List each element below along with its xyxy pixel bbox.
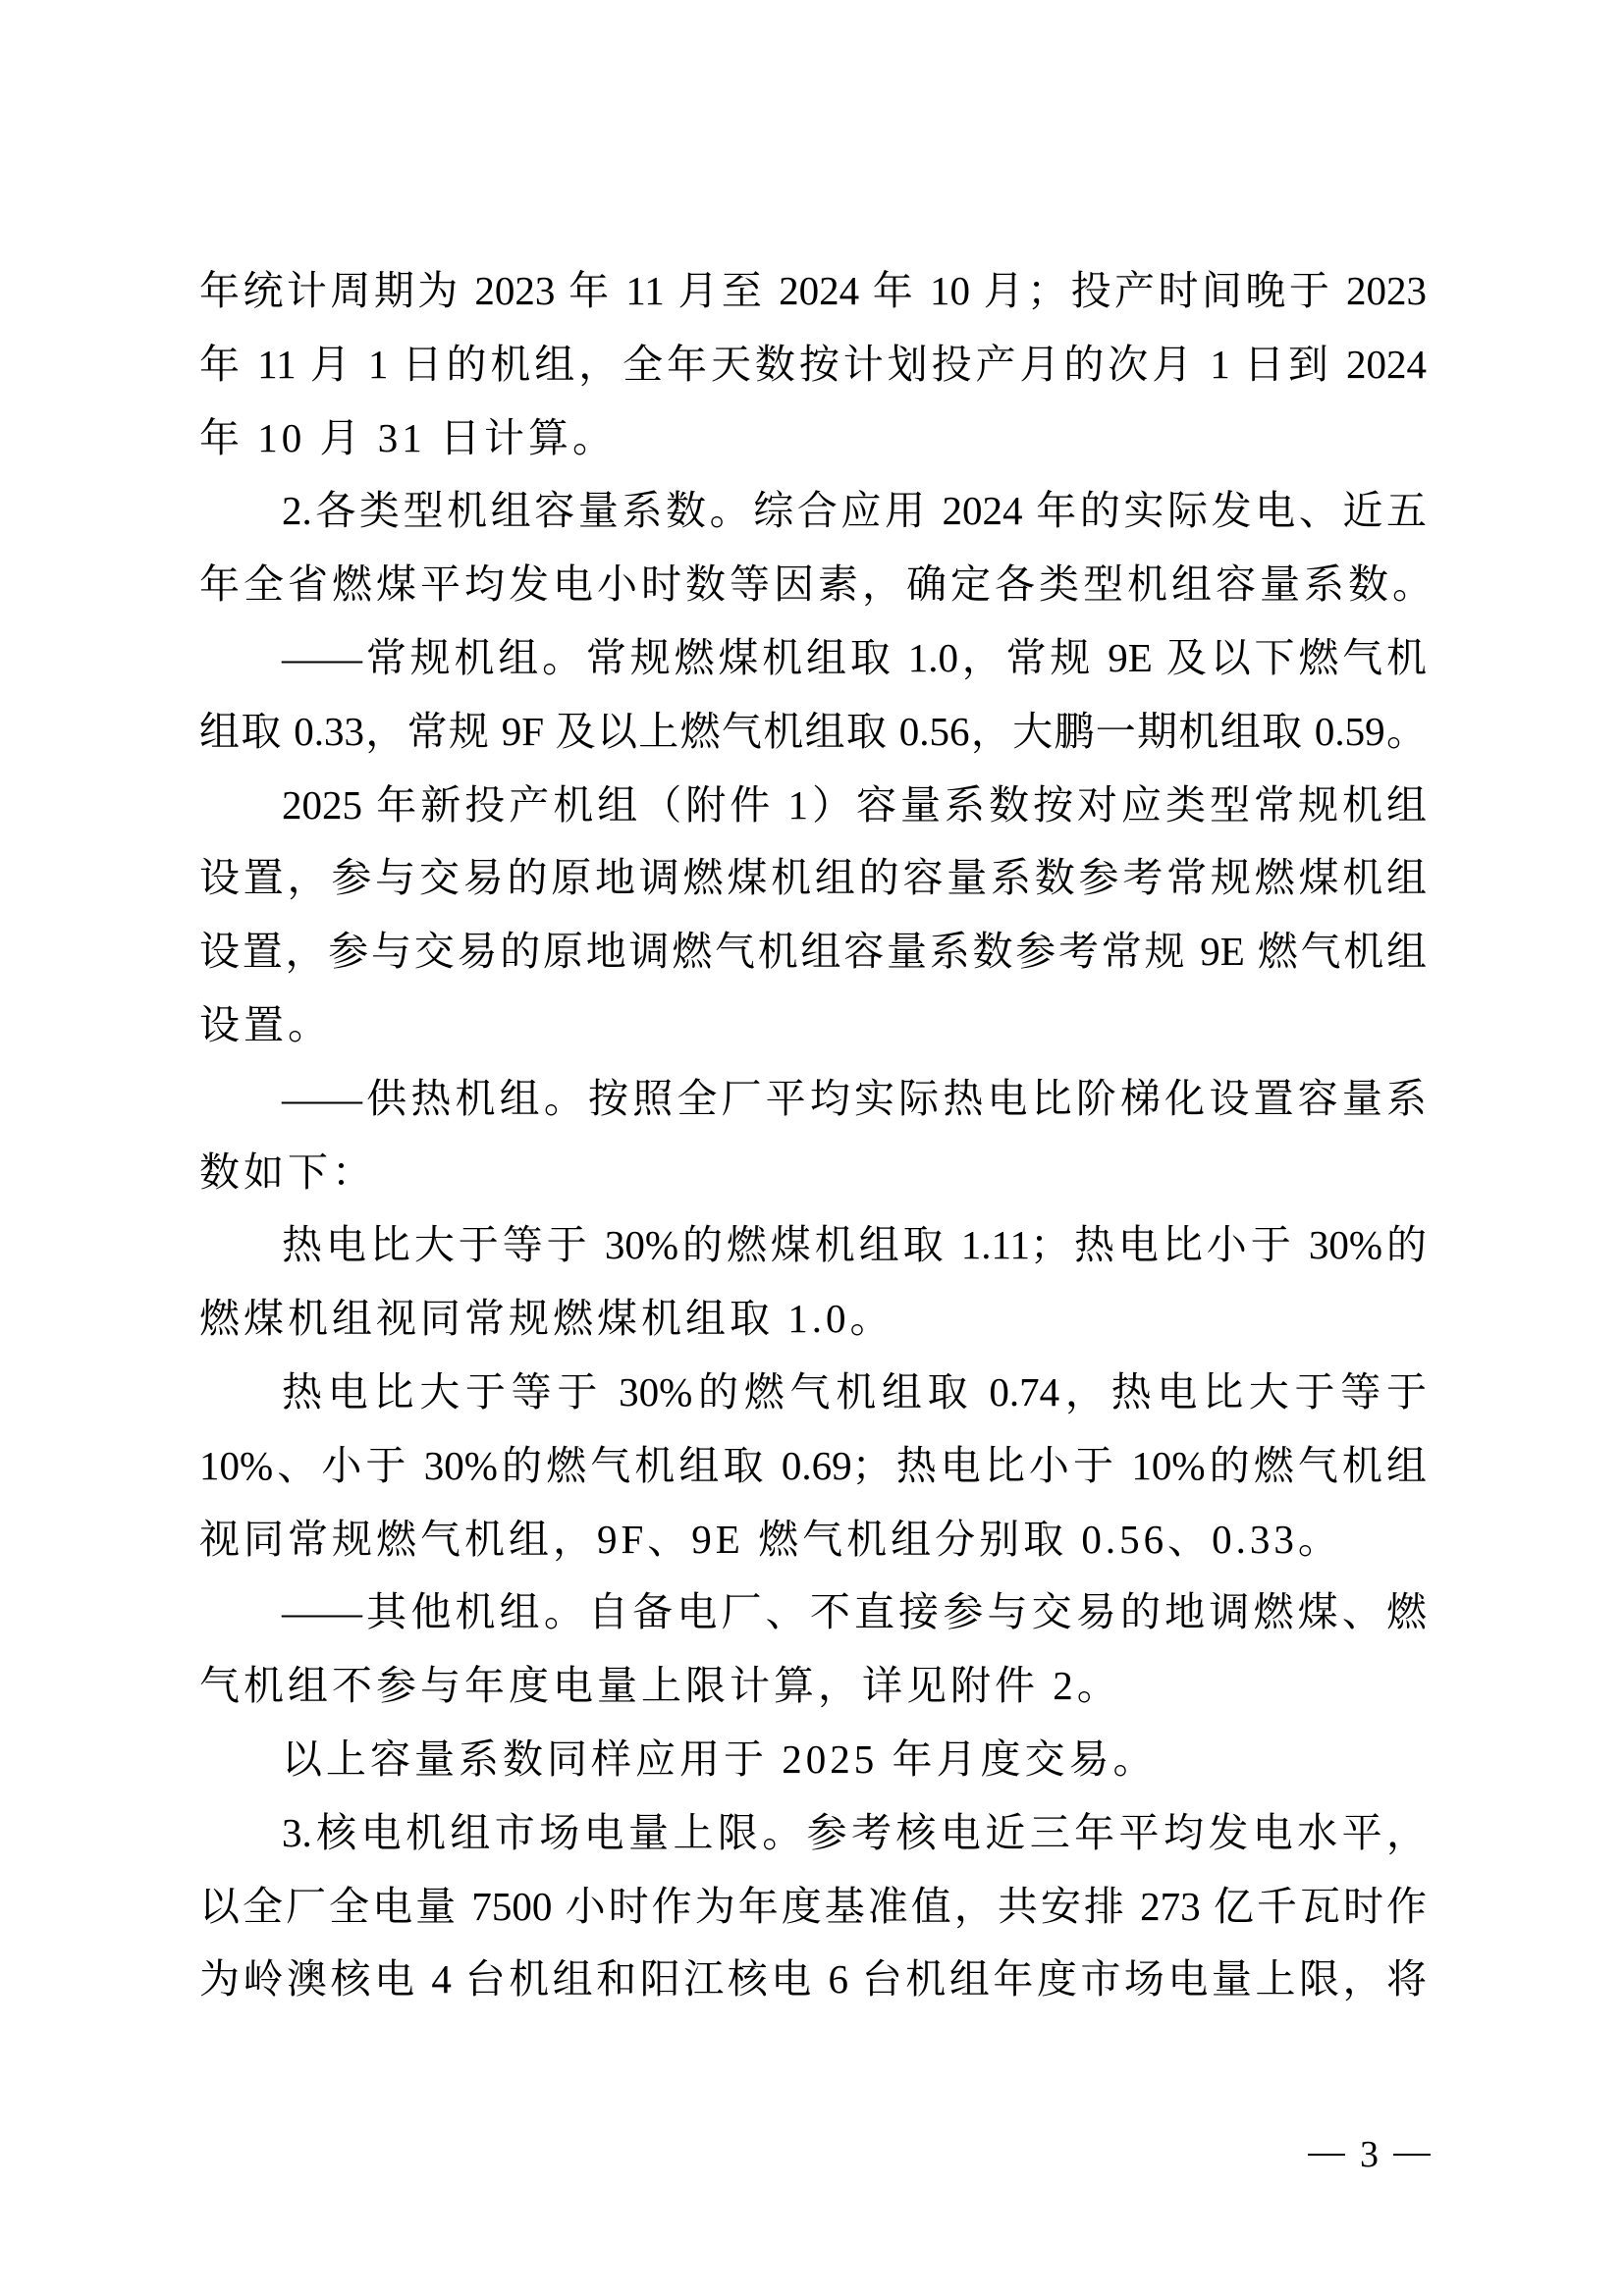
text-line-3: 年 10 月 31 日计算。 <box>199 412 1427 463</box>
text-line-23: 以全厂全电量 7500 小时作为年度基准值，共安排 273 亿千瓦时作 <box>199 1881 1427 1932</box>
text-line-20: 气机组不参与年度电量上限计算，详见附件 2。 <box>199 1660 1427 1711</box>
text-line-16: 热电比大于等于 30%的燃气机组取 0.74，热电比大于等于 <box>282 1366 1427 1417</box>
text-line-21: 以上容量系数同样应用于 2025 年月度交易。 <box>282 1734 1427 1785</box>
text-line-10: 设置，参与交易的原地调燃气机组容量系数参考常规 9E 燃气机组 <box>199 926 1427 977</box>
text-line-1: 年统计周期为 2023 年 11 月至 2024 年 10 月；投产时间晚于 2… <box>199 265 1427 316</box>
text-line-14: 热电比大于等于 30%的燃煤机组取 1.11；热电比小于 30%的 <box>282 1219 1427 1270</box>
text-line-9: 设置，参与交易的原地调燃煤机组的容量系数参考常规燃煤机组 <box>199 852 1427 903</box>
text-line-17: 10%、小于 30%的燃气机组取 0.69；热电比小于 10%的燃气机组 <box>199 1440 1427 1491</box>
text-line-18: 视同常规燃气机组，9F、9E 燃气机组分别取 0.56、0.33。 <box>199 1514 1427 1565</box>
text-line-8: 2025 年新投产机组（附件 1）容量系数按对应类型常规机组 <box>282 779 1427 830</box>
document-page: 年统计周期为 2023 年 11 月至 2024 年 10 月；投产时间晚于 2… <box>0 0 1624 2296</box>
text-line-13: 数如下： <box>199 1147 1427 1198</box>
text-line-11: 设置。 <box>199 999 1427 1050</box>
page-number-left-dash <box>1308 2154 1345 2156</box>
text-line-24: 为岭澳核电 4 台机组和阳江核电 6 台机组年度市场电量上限，将 <box>199 1953 1427 2004</box>
page-number-right-dash <box>1393 2154 1431 2156</box>
text-line-7: 组取 0.33，常规 9F 及以上燃气机组取 0.56，大鹏一期机组取 0.59… <box>199 706 1427 757</box>
text-line-2: 年 11 月 1 日的机组，全年天数按计划投产月的次月 1 日到 2024 <box>199 339 1427 390</box>
text-line-12: ——供热机组。按照全厂平均实际热电比阶梯化设置容量系 <box>282 1073 1427 1124</box>
text-line-4: 2.各类型机组容量系数。综合应用 2024 年的实际发电、近五 <box>282 485 1427 536</box>
text-line-5: 年全省燃煤平均发电小时数等因素，确定各类型机组容量系数。 <box>199 559 1427 610</box>
text-line-15: 燃煤机组视同常规燃煤机组取 1.0。 <box>199 1293 1427 1344</box>
text-line-6: ——常规机组。常规燃煤机组取 1.0，常规 9E 及以下燃气机 <box>282 632 1427 683</box>
page-number: 3 <box>1308 2130 1431 2179</box>
page-number-value: 3 <box>1360 2130 1379 2179</box>
text-line-22: 3.核电机组市场电量上限。参考核电近三年平均发电水平， <box>282 1807 1427 1858</box>
text-line-19: ——其他机组。自备电厂、不直接参与交易的地调燃煤、燃 <box>282 1586 1427 1637</box>
